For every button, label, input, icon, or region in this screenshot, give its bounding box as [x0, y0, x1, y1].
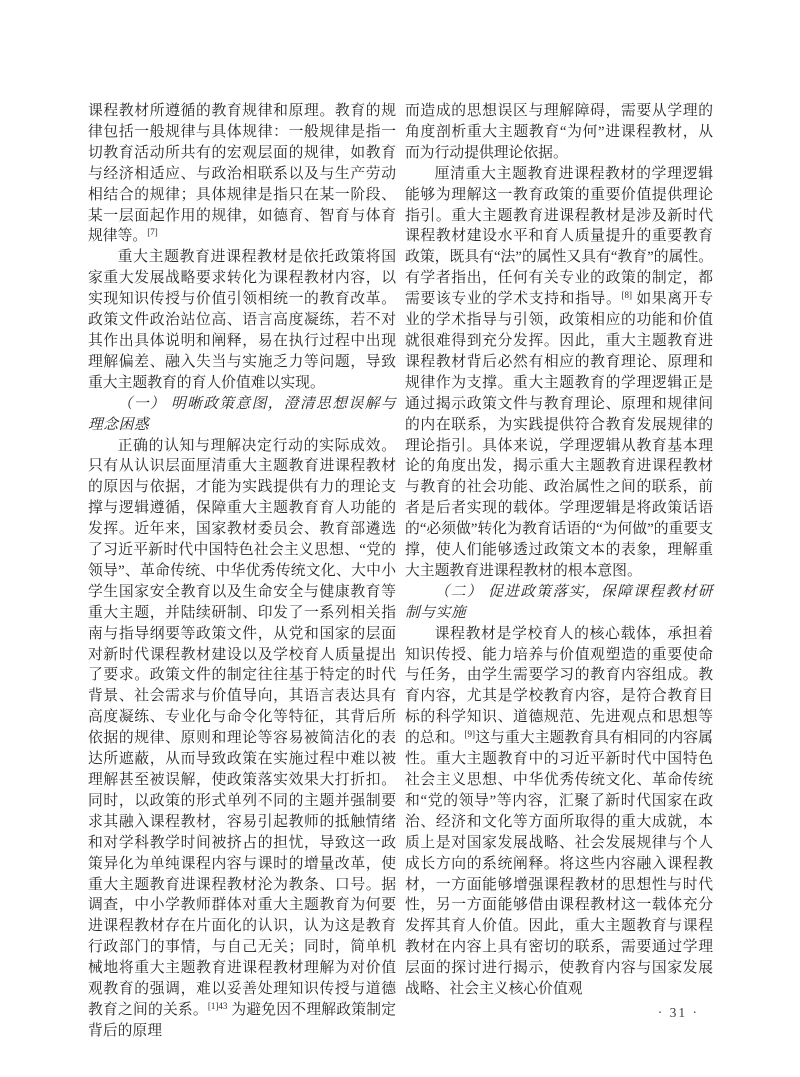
- section-heading-1: （一） 明晰政策意图，澄清思想误解与理念困惑: [88, 394, 396, 436]
- paragraph: 正确的认知与理解决定行动的实际成效。只有从认识层面厘清重大主题教育进课程教材的原…: [88, 436, 396, 1042]
- right-column: 而造成的思想误区与理解障碍，需要从学理的角度剖析重大主题教育“为何”进课程教材，…: [405, 101, 713, 1024]
- paragraph-text: 课程教材是学校育人的核心载体，承担着知识传授、能力培养与价值观塑造的重要使命与任…: [405, 626, 713, 747]
- paragraph: 课程教材是学校育人的核心载体，承担着知识传授、能力培养与价值观塑造的重要使命与任…: [405, 624, 713, 1000]
- paragraph-text: 而造成的思想误区与理解障碍，需要从学理的角度剖析重大主题教育“为何”进课程教材，…: [405, 103, 713, 161]
- paragraph-continued: 课程教材所遵循的教育规律和原理。教育的规律包括一般规律与具体规律：一般规律是指一…: [88, 101, 396, 247]
- citation-ref-1-p43: [1]43: [208, 1001, 228, 1011]
- page-number: · 31 ·: [405, 1003, 713, 1024]
- paragraph-text: 厘清重大主题教育进课程教材的学理逻辑能够为理解这一教育政策的重要价值提供理论指引…: [405, 166, 713, 307]
- paragraph-text: 这与重大主题教育具有相同的内容属性。重大主题教育中的习近平新时代中国特色社会主义…: [405, 730, 713, 997]
- paragraph: 重大主题教育进课程教材是依托政策将国家重大发展战略要求转化为课程教材内容，以实现…: [88, 247, 396, 393]
- journal-page: 课程教材所遵循的教育规律和原理。教育的规律包括一般规律与具体规律：一般规律是指一…: [0, 0, 800, 1077]
- citation-ref-9: [9]: [465, 729, 476, 739]
- paragraph-text: 课程教材所遵循的教育规律和原理。教育的规律包括一般规律与具体规律：一般规律是指一…: [88, 103, 396, 244]
- left-column: 课程教材所遵循的教育规律和原理。教育的规律包括一般规律与具体规律：一般规律是指一…: [88, 101, 396, 1042]
- paragraph: 厘清重大主题教育进课程教材的学理逻辑能够为理解这一教育政策的重要价值提供理论指引…: [405, 164, 713, 582]
- citation-ref-7: [7]: [147, 227, 158, 237]
- section-heading-2: （二） 促进政策落实，保障课程教材研制与实施: [405, 582, 713, 624]
- paragraph-continued: 而造成的思想误区与理解障碍，需要从学理的角度剖析重大主题教育“为何”进课程教材，…: [405, 101, 713, 164]
- citation-ref-8: [8]: [621, 290, 632, 300]
- paragraph-text: 如果离开专业的学术指导与引领，政策相应的功能和价值就很难得到充分发挥。因此，重大…: [405, 291, 713, 579]
- paragraph-text: 正确的认知与理解决定行动的实际成效。只有从认识层面厘清重大主题教育进课程教材的原…: [88, 438, 396, 1018]
